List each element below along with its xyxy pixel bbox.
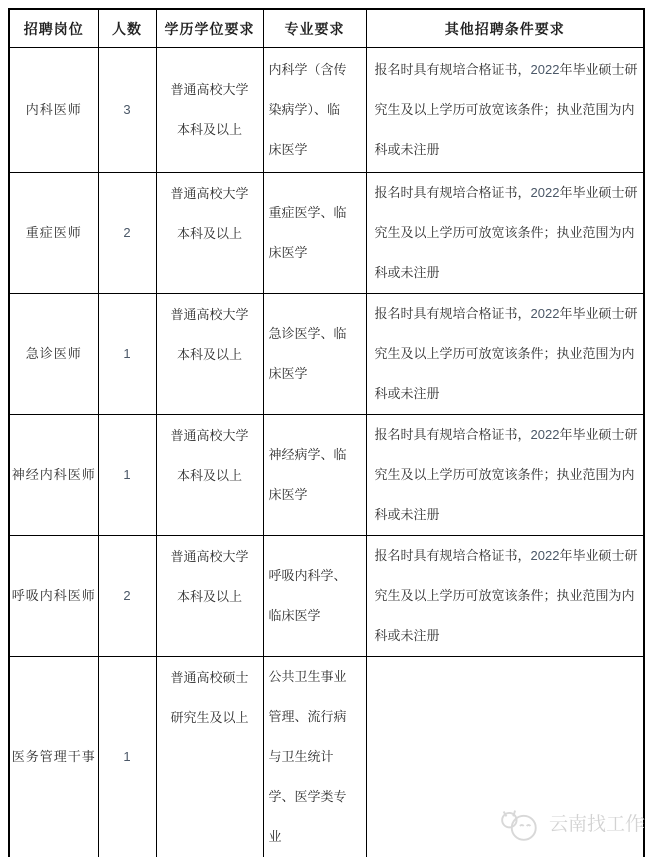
cell-other-requirements: 报名时具有规培合格证书，2022年毕业硕士研 究生及以上学历可放宽该条件；执业范… [366, 294, 644, 415]
other-req-year: 2022 [531, 548, 560, 563]
cell-count: 3 [98, 48, 156, 173]
cell-other-requirements: 报名时具有规培合格证书，2022年毕业硕士研 究生及以上学历可放宽该条件；执业范… [366, 415, 644, 536]
cell-count: 1 [98, 415, 156, 536]
table-row: 呼吸内科医师 2 普通高校大学 本科及以上 呼吸内科学、 临床医学 报名时具有规… [9, 536, 644, 657]
cell-position: 内科医师 [9, 48, 98, 173]
cell-education: 普通高校大学 本科及以上 [156, 173, 263, 294]
cell-count: 1 [98, 294, 156, 415]
other-req-year: 2022 [531, 427, 560, 442]
cell-major: 内科学（含传 染病学）、临 床医学 [263, 48, 366, 173]
cell-position: 医务管理干事 [9, 657, 98, 857]
table-row: 重症医师 2 普通高校大学 本科及以上 重症医学、临 床医学 报名时具有规培合格… [9, 173, 644, 294]
cell-other-requirements: 报名时具有规培合格证书，2022年毕业硕士研 究生及以上学历可放宽该条件；执业范… [366, 536, 644, 657]
header-count: 人数 [98, 9, 156, 48]
other-req-text: 报名时具有规培合格证书， [375, 185, 531, 200]
cell-major: 神经病学、临 床医学 [263, 415, 366, 536]
cell-major: 急诊医学、临 床医学 [263, 294, 366, 415]
table-row: 神经内科医师 1 普通高校大学 本科及以上 神经病学、临 床医学 报名时具有规培… [9, 415, 644, 536]
cell-count: 2 [98, 536, 156, 657]
cell-education: 普通高校硕士 研究生及以上 [156, 657, 263, 857]
cell-position: 神经内科医师 [9, 415, 98, 536]
other-req-year: 2022 [531, 185, 560, 200]
other-req-text: 报名时具有规培合格证书， [375, 548, 531, 563]
page: 招聘岗位 人数 学历学位要求 专业要求 其他招聘条件要求 内科医师 3 普通高校… [0, 0, 651, 857]
cell-position: 呼吸内科医师 [9, 536, 98, 657]
header-position: 招聘岗位 [9, 9, 98, 48]
other-req-year: 2022 [531, 62, 560, 77]
watermark-label: 云南找工作 [549, 815, 644, 834]
header-education: 学历学位要求 [156, 9, 263, 48]
cell-other-requirements: 报名时具有规培合格证书，2022年毕业硕士研 究生及以上学历可放宽该条件；执业范… [366, 173, 644, 294]
table-row: 内科医师 3 普通高校大学 本科及以上 内科学（含传 染病学）、临 床医学 报名… [9, 48, 644, 173]
recruitment-table: 招聘岗位 人数 学历学位要求 专业要求 其他招聘条件要求 内科医师 3 普通高校… [8, 8, 645, 857]
header-major: 专业要求 [263, 9, 366, 48]
cell-education: 普通高校大学 本科及以上 [156, 415, 263, 536]
cell-major: 重症医学、临 床医学 [263, 173, 366, 294]
other-req-text: 报名时具有规培合格证书， [375, 62, 531, 77]
cell-other-requirements: 报名时具有规培合格证书，2022年毕业硕士研 究生及以上学历可放宽该条件；执业范… [366, 48, 644, 173]
other-req-year: 2022 [531, 306, 560, 321]
cell-major: 呼吸内科学、 临床医学 [263, 536, 366, 657]
header-other: 其他招聘条件要求 [366, 9, 644, 48]
other-req-text: 报名时具有规培合格证书， [375, 306, 531, 321]
cell-education: 普通高校大学 本科及以上 [156, 294, 263, 415]
cell-education: 普通高校大学 本科及以上 [156, 48, 263, 173]
watermark: 云南找工作 [494, 804, 644, 844]
cell-count: 1 [98, 657, 156, 857]
cell-count: 2 [98, 173, 156, 294]
other-req-text: 报名时具有规培合格证书， [375, 427, 531, 442]
cell-major: 公共卫生事业 管理、流行病 与卫生统计 学、医学类专 业 [263, 657, 366, 857]
cell-position: 急诊医师 [9, 294, 98, 415]
cell-position: 重症医师 [9, 173, 98, 294]
table-row: 急诊医师 1 普通高校大学 本科及以上 急诊医学、临 床医学 报名时具有规培合格… [9, 294, 644, 415]
header-row: 招聘岗位 人数 学历学位要求 专业要求 其他招聘条件要求 [9, 9, 644, 48]
mascot-cat-icon [494, 805, 542, 843]
cell-education: 普通高校大学 本科及以上 [156, 536, 263, 657]
